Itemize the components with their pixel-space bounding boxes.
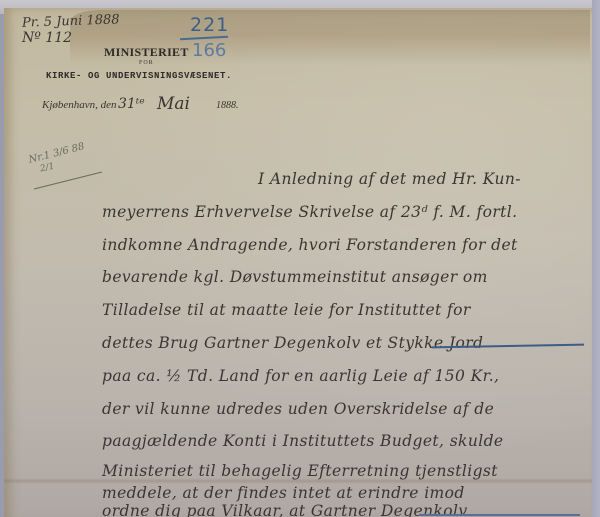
letterhead-for: FOR: [139, 60, 154, 66]
body-line: bevarende kgl. Døvstummeinstitut ansøger…: [102, 268, 488, 286]
scanner-backdrop-right: [592, 0, 600, 517]
letter-place: Kjøbenhavn, den: [42, 99, 117, 111]
letter-day: 31ᵗᵉ: [118, 96, 145, 112]
reference-number-annotation: Nº 112: [22, 30, 72, 46]
body-line: meddele, at der findes intet at erindre …: [102, 484, 465, 502]
body-line: der vil kunne udredes uden Overskridelse…: [102, 400, 494, 418]
body-line: paagjældende Konti i Instituttets Budget…: [102, 432, 504, 450]
blue-pencil-number-top: 221: [190, 14, 229, 36]
letterhead-ministry: MINISTERIET: [104, 45, 189, 60]
letter-month: Mai: [157, 94, 190, 114]
body-line: dettes Brug Gartner Degenkolv et Stykke …: [102, 334, 483, 352]
letter-year: 1888.: [216, 100, 239, 111]
body-line: indkomne Andragende, hvori Forstanderen …: [102, 236, 518, 254]
body-line: I Anledning af det med Hr. Kun-: [258, 170, 521, 188]
body-line: ordne dig paa Vilkaar, at Gartner Degenk…: [102, 502, 468, 517]
blue-pencil-number-bottom: 166: [192, 40, 226, 61]
blue-underline: [420, 514, 580, 516]
letterhead-department: KIRKE- OG UNDERVISNINGSVÆSENET.: [46, 71, 232, 81]
body-line: meyerrens Erhvervelse Skrivelse af 23ᵈ f…: [102, 203, 517, 221]
body-line: Tilladelse til at maatte leie for Instit…: [102, 301, 471, 319]
body-line: Ministeriet til behagelig Efterretning t…: [102, 462, 498, 480]
body-line: paa ca. ½ Td. Land for en aarlig Leie af…: [102, 367, 499, 385]
